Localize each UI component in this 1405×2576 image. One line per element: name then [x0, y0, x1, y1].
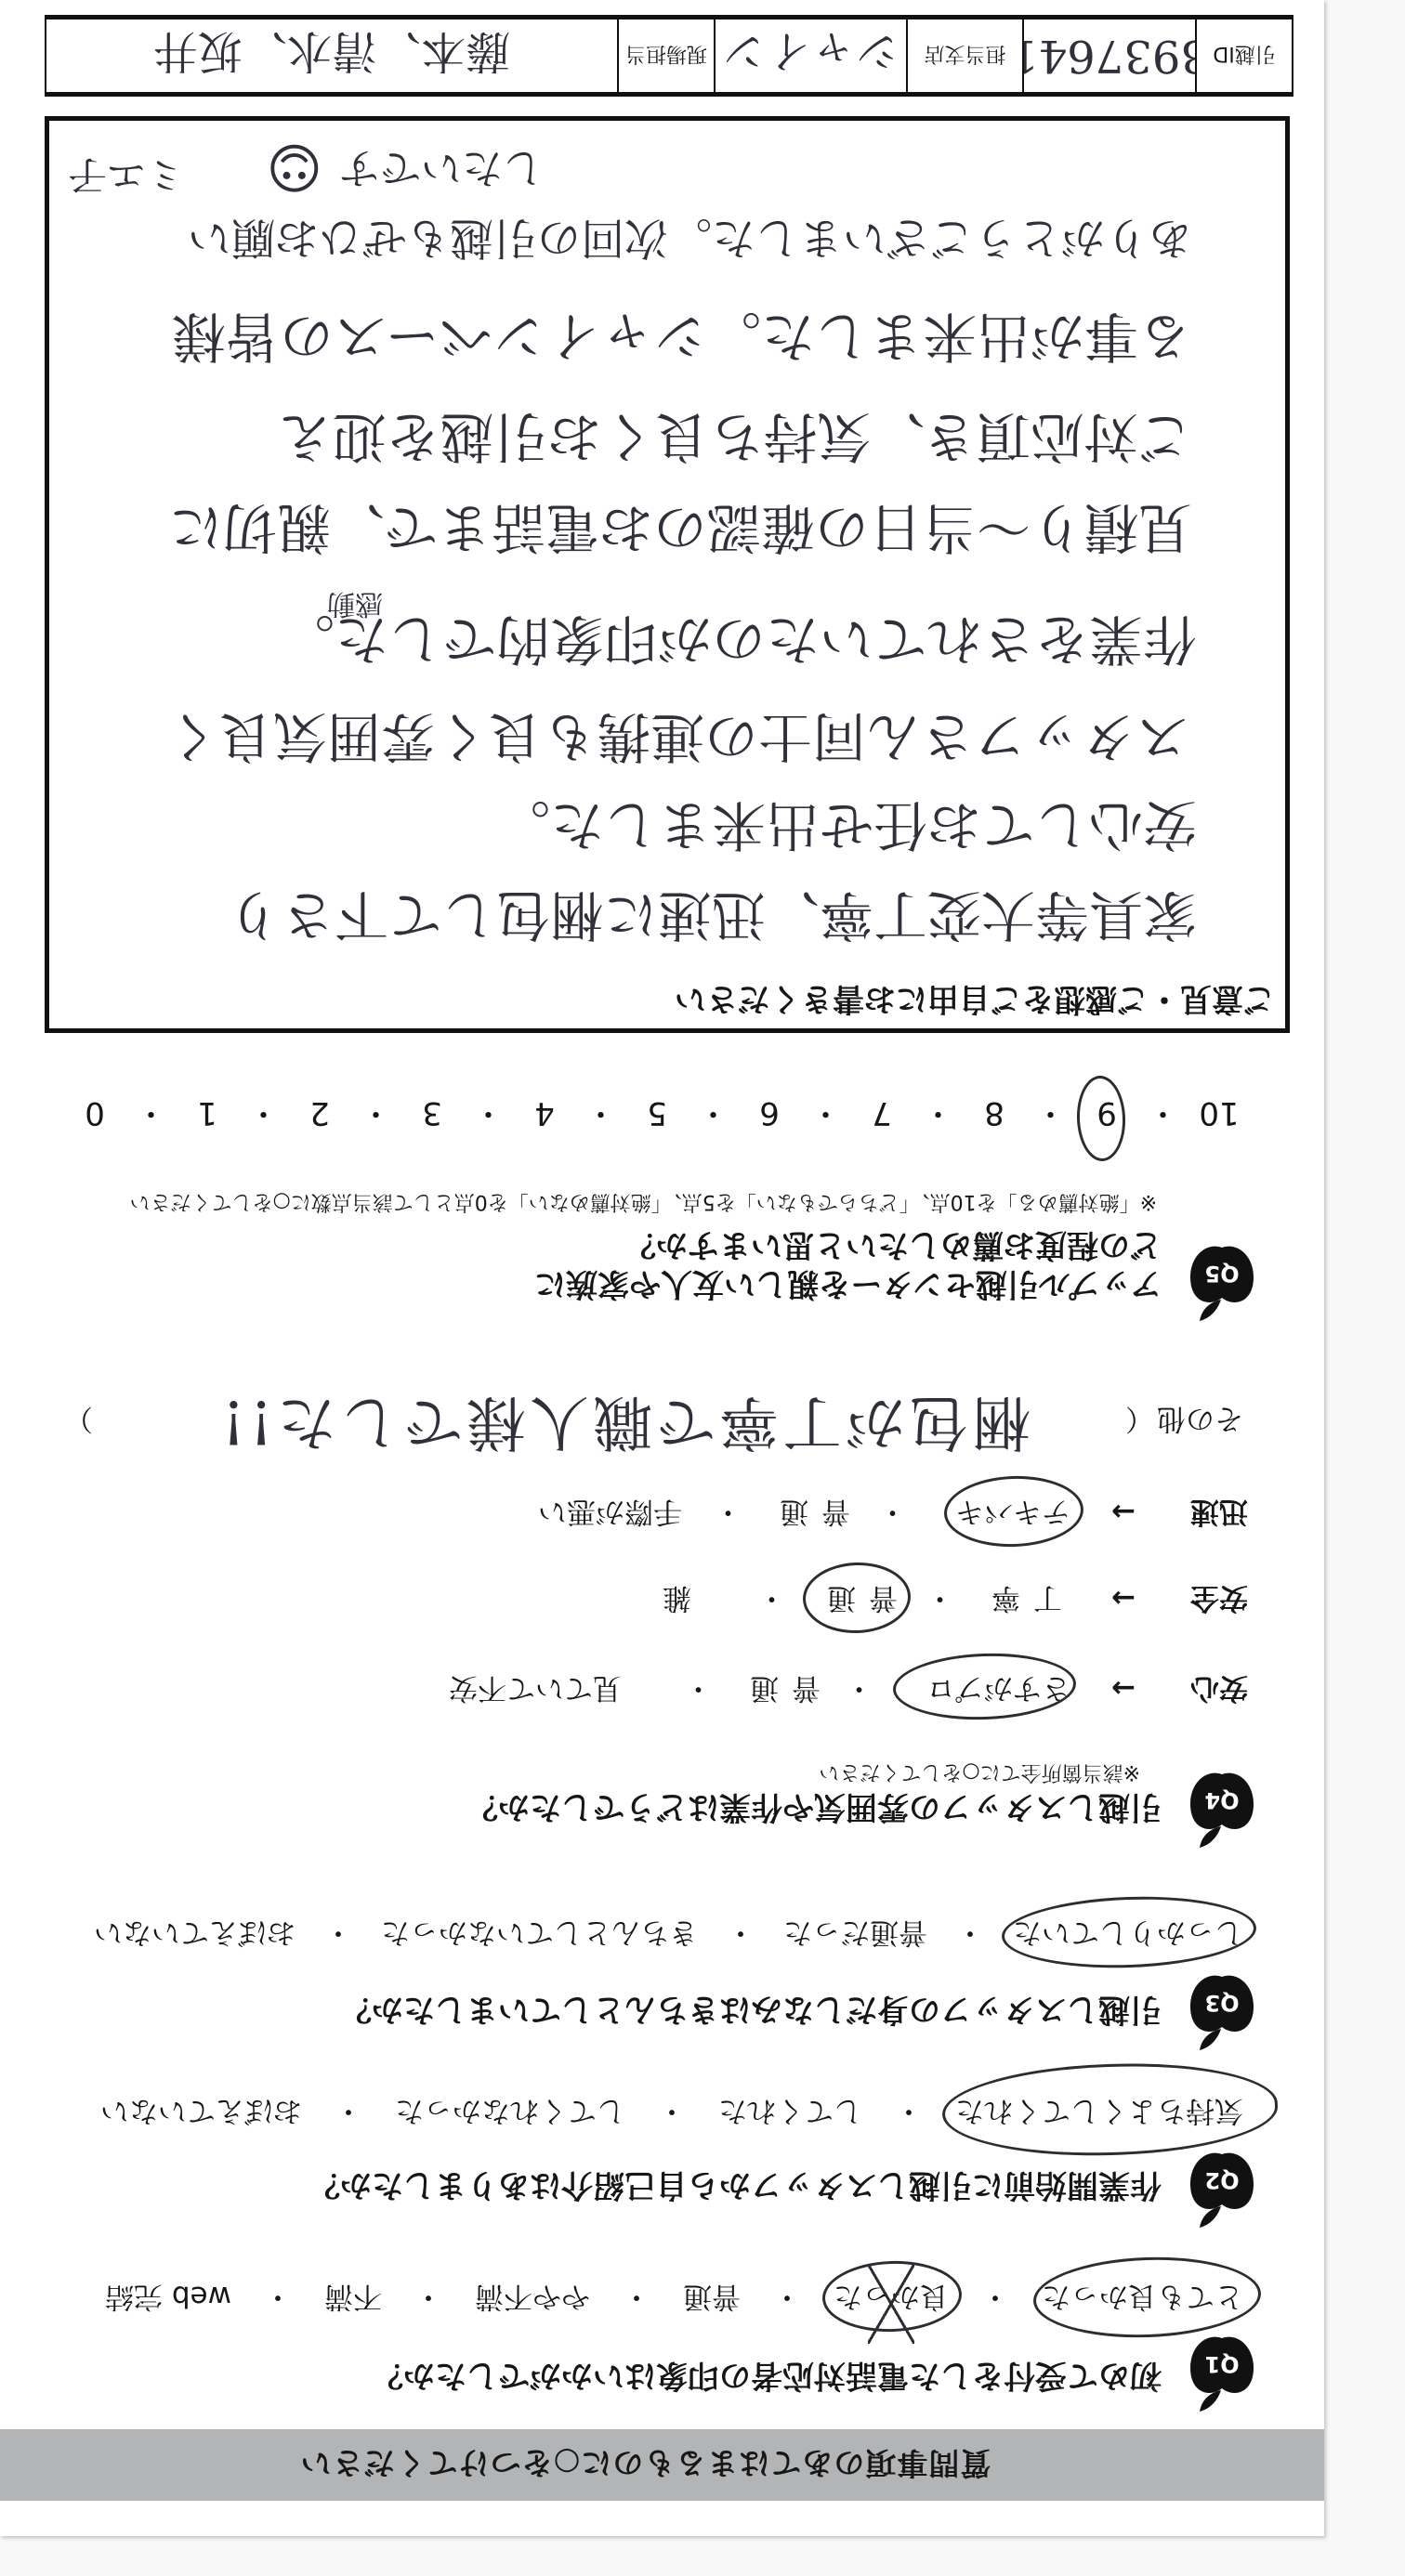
- separator-dot: ・: [231, 2278, 324, 2315]
- q4-option: 手際が悪い: [538, 1493, 682, 1530]
- q4-option: 雑: [663, 1579, 691, 1616]
- separator-dot: ・: [741, 2278, 834, 2315]
- q4-option: 普通: [767, 1493, 850, 1530]
- move-id-label: 引越ID: [1213, 42, 1275, 71]
- q5-question-line-2: どの程度お薦めしたいと思いますか？: [624, 1226, 1162, 1263]
- scanned-page-rotated-180: 質問事項のあてはまるものに○をつけてください Q1 初めて受付をした電話対応者の…: [0, 0, 1405, 2576]
- q3-options: しっかりしていた ・ 普通だった ・ きちんとしていなかった ・ おぼえていない: [94, 1914, 1243, 1951]
- arrow-right-icon: →: [1111, 1579, 1136, 1616]
- separator-dot: ・: [862, 2092, 955, 2129]
- branch-label-cell: 担当支店: [906, 20, 1022, 92]
- q4-option: 普通: [814, 1579, 898, 1616]
- rating-value: 4: [517, 1094, 572, 1131]
- rating-value: 9: [1079, 1094, 1135, 1131]
- handwritten-comment-line: ご対応頂き、気持ち良くお引越を迎え: [278, 407, 1192, 466]
- instruction-banner: 質問事項のあてはまるものに○をつけてください: [0, 2429, 1324, 2501]
- smiley-face-icon: ☺: [267, 137, 322, 198]
- rating-value: 10: [1191, 1094, 1247, 1131]
- handwritten-signature: ミエ子: [68, 151, 185, 198]
- q4-row-anshin: 安心 → さすがプロ ・ 普通 ・ 見ていて不安: [0, 1669, 1405, 1706]
- separator-dot: ・: [714, 1493, 742, 1530]
- q1-option: 普通: [683, 2278, 741, 2315]
- separator-dot: ・: [927, 1914, 1013, 1951]
- q2-badge-label: Q2: [1204, 2167, 1239, 2193]
- q2-options: 気持ちよくしてくれた ・ してくれた ・ してくれなかった ・ おぼえていない: [100, 2092, 1243, 2129]
- q4-row-label: 迅速: [1190, 1493, 1248, 1530]
- separator-dot: ・: [590, 2278, 683, 2315]
- q4-row-label: 安全: [1190, 1579, 1248, 1616]
- q4-option: テキパキ: [955, 1493, 1070, 1530]
- apple-badge-icon: Q5: [1186, 1242, 1258, 1327]
- separator-dot: ・: [625, 2092, 718, 2129]
- rating-value: 7: [854, 1094, 910, 1131]
- q5-badge-label: Q5: [1204, 1261, 1239, 1287]
- separator-dot: ・: [1135, 1094, 1191, 1131]
- staff-label: 現場担当: [625, 42, 707, 71]
- q3-option: おぼえていない: [94, 1914, 295, 1951]
- q4-row-jinsoku: 迅速 → テキパキ ・ 普通 ・ 手際が悪い: [0, 1493, 1405, 1530]
- rating-value: 5: [629, 1094, 685, 1131]
- q4-row-label: 安心: [1190, 1669, 1248, 1706]
- q2-option: してくれた: [718, 2092, 862, 2129]
- q4-option: 見ていて不安: [449, 1669, 622, 1706]
- form-header-table: 引越ID 3937641 担当支店 シャイン 現場担当 藤本、清水、坂井: [45, 15, 1293, 97]
- q2-option: 気持ちよくしてくれた: [955, 2092, 1243, 2129]
- handwritten-comment-line: スタッフさん同士の連携も良く雰囲気良く: [165, 707, 1189, 766]
- handwritten-comment-line: 安心してお任せ出来ました。: [496, 795, 1197, 855]
- handwritten-comment-line: る事が出来ました。シャインベースの皆様: [172, 307, 1192, 366]
- q5-note: ※「絶対薦める」を10点、「どちらでもない」を5点、「絶対薦めない」を0点として…: [130, 1189, 1157, 1213]
- separator-dot: ・: [684, 1669, 713, 1706]
- q3-option: しっかりしていた: [1013, 1914, 1243, 1951]
- separator-dot: ・: [698, 1914, 783, 1951]
- q4-option: 普通: [737, 1669, 821, 1706]
- q1-option: web 完結: [105, 2278, 231, 2315]
- staff-label-cell: 現場担当: [617, 20, 714, 92]
- separator-dot: ・: [382, 2278, 475, 2315]
- separator-dot: ・: [949, 2278, 1042, 2315]
- comments-title: ご意見・ご感想をご自由にお書きください: [675, 980, 1275, 1017]
- move-id-value: 3937641: [1022, 30, 1195, 82]
- q4-other-label: その他: [1157, 1400, 1243, 1437]
- q1-option: 不満: [324, 2278, 382, 2315]
- move-id-value-cell: 3937641: [1022, 20, 1195, 92]
- q3-option: きちんとしていなかった: [381, 1914, 698, 1951]
- q2-question: 作業開始前に引越しスタッフから自己紹介はありましたか？: [309, 2166, 1162, 2203]
- q4-row-anzen: 安全 → 丁寧 ・ 普通 ・ 雑: [0, 1579, 1405, 1616]
- separator-dot: ・: [295, 1914, 381, 1951]
- q2-option: おぼえていない: [100, 2092, 302, 2129]
- separator-dot: ・: [235, 1094, 292, 1131]
- handwritten-annotation: 感動: [327, 586, 383, 620]
- branch-value-cell: シャイン: [714, 20, 906, 92]
- separator-dot: ・: [878, 1493, 907, 1530]
- apple-badge-icon: Q1: [1186, 2333, 1258, 2418]
- q3-badge: Q3: [1186, 1971, 1258, 2057]
- separator-dot: ・: [572, 1094, 629, 1131]
- q5-badge: Q5: [1186, 1242, 1258, 1327]
- separator-dot: ・: [685, 1094, 742, 1131]
- handwritten-comment-line: 見積り～当日の確認のお電話まで、親切に: [169, 498, 1192, 557]
- separator-dot: ・: [348, 1094, 404, 1131]
- q4-note: ※該当箇所全てに○をしてください: [819, 1759, 1140, 1784]
- q1-option: やや不満: [475, 2278, 590, 2315]
- separator-dot: ・: [757, 1579, 786, 1616]
- q1-option: とても良かった: [1042, 2278, 1243, 2315]
- handwritten-comment-line: 作業をされていたのが印象的でした。: [281, 609, 1197, 669]
- close-paren: ）: [64, 1400, 93, 1437]
- staff-value-cell: 藤本、清水、坂井: [46, 20, 617, 92]
- q1-question: 初めて受付をした電話対応者の印象はいかがでしたか？: [372, 2357, 1162, 2394]
- q1-badge: Q1: [1186, 2333, 1258, 2418]
- separator-dot: ・: [1022, 1094, 1079, 1131]
- q3-badge-label: Q3: [1204, 1990, 1239, 2016]
- handwritten-comment-line: ありがとうございました。次回の引越もぜひお願い: [188, 211, 1192, 263]
- rating-value: 0: [67, 1094, 123, 1131]
- branch-value: シャイン: [722, 24, 899, 88]
- separator-dot: ・: [123, 1094, 179, 1131]
- q2-badge: Q2: [1186, 2149, 1258, 2234]
- apple-badge-icon: Q2: [1186, 2149, 1258, 2234]
- apple-badge-icon: Q3: [1186, 1971, 1258, 2057]
- q1-options: とても良かった ・ 良かった ・ 普通 ・ やや不満 ・ 不満 ・ web 完結: [105, 2278, 1243, 2315]
- q3-option: 普通だった: [783, 1914, 927, 1951]
- q5-rating-scale: 10 ・ 9 ・ 8 ・ 7 ・ 6 ・ 5 ・ 4 ・ 3 ・ 2 ・ 1 ・…: [67, 1094, 1247, 1131]
- q4-option: 丁寧: [978, 1579, 1062, 1616]
- separator-dot: ・: [302, 2092, 395, 2129]
- move-id-label-cell: 引越ID: [1195, 20, 1292, 92]
- staff-value: 藤本、清水、坂井: [153, 24, 510, 88]
- rating-value: 8: [966, 1094, 1022, 1131]
- q1-option: 良かった: [834, 2278, 949, 2315]
- handwritten-closing: したいです: [339, 142, 544, 192]
- separator-dot: ・: [797, 1094, 854, 1131]
- q4-badge: Q4: [1186, 1769, 1258, 1854]
- q3-question: 引越しスタッフの身だしなみはきちんとしていましたか？: [340, 1991, 1162, 2028]
- apple-badge-icon: Q4: [1186, 1769, 1258, 1854]
- rating-value: 1: [179, 1094, 235, 1131]
- q4-question: 引越しスタッフの雰囲気や作業はどうでしたか？: [466, 1788, 1162, 1825]
- separator-dot: ・: [460, 1094, 517, 1131]
- q1-badge-label: Q1: [1204, 2351, 1239, 2377]
- q2-option: してくれなかった: [395, 2092, 625, 2129]
- handwritten-comment-line: 家具等大変丁寧、迅速に梱包して下さり: [227, 885, 1197, 945]
- rating-value: 6: [742, 1094, 797, 1131]
- q5-question-line-1: アップル引越センターを親しい友人や家族に: [534, 1265, 1162, 1302]
- q4-other-handwritten-answer: 梱包が丁寧で職人様でした!!: [218, 1387, 1031, 1456]
- branch-label: 担当支店: [925, 42, 1006, 71]
- q4-option: さすがプロ: [926, 1669, 1070, 1706]
- separator-dot: ・: [926, 1579, 954, 1616]
- separator-dot: ・: [845, 1669, 873, 1706]
- separator-dot: ・: [910, 1094, 966, 1131]
- arrow-right-icon: →: [1111, 1493, 1136, 1530]
- open-paren: （: [1125, 1400, 1154, 1437]
- rating-value: 2: [292, 1094, 348, 1131]
- rating-value: 3: [404, 1094, 460, 1131]
- q4-badge-label: Q4: [1204, 1787, 1239, 1813]
- arrow-right-icon: →: [1111, 1669, 1136, 1706]
